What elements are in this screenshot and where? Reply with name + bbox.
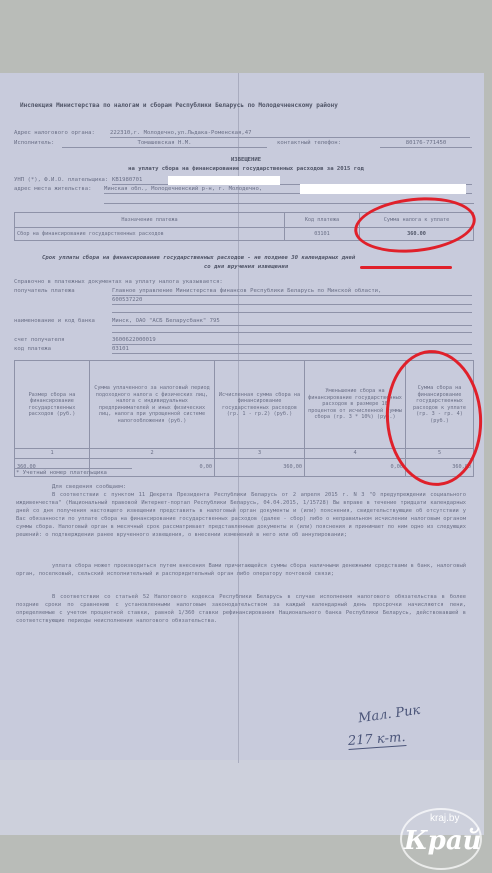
phone-value: 80176-771450 [380, 140, 472, 148]
footnote: * Учетный номер плательщика [16, 470, 107, 477]
info-paragraph-3: В соответствии со статьей 52 Налогового … [16, 594, 466, 626]
phone-label: контактный телефон: [277, 140, 341, 147]
payment-code-label: код платежа [14, 346, 51, 353]
address-label: Адрес налогового органа: [14, 130, 95, 137]
recipient-label: получатель платежа [14, 288, 75, 295]
code-cell: 03101 [285, 228, 360, 241]
bank-line [112, 332, 472, 333]
calc-header-2: Сумма уплаченного за налоговый период по… [90, 361, 215, 449]
recipient-value: Главное управление Министерства финансов… [112, 288, 472, 296]
col-number: 1 [15, 449, 90, 459]
red-underline-deadline [360, 266, 452, 269]
bank-label: наименование и код банка [14, 318, 95, 325]
calc-value-2: 0,00 [90, 458, 215, 476]
deadline-highlight: 30 календарных дней [291, 255, 355, 261]
unp-label: УНП (*), Ф.И.О. плательщика: [14, 177, 108, 184]
col-number: 2 [90, 449, 215, 459]
address-value: 222310,г. Молодечно,ул.Льдака-Роменская,… [110, 130, 470, 138]
account-value: 3600622000019 [112, 337, 472, 345]
footnote-rule [14, 468, 132, 469]
calc-header-3: Исчисленная сумма сбора на финансировани… [215, 361, 305, 449]
calc-value-4: 0,00 [305, 458, 406, 476]
deadline-line1: Срок уплаты сбора на финансирование госу… [42, 255, 355, 262]
recipient-line [112, 312, 472, 313]
requisites-intro: Справочно в платежных документах на упла… [14, 279, 223, 286]
bank-value: Минск, ОАО "АСБ Беларусбанк" 795 [112, 318, 472, 326]
watermark-logo: Край [404, 826, 482, 856]
notice-subtitle: на уплату сбора на финансирование госуда… [0, 166, 492, 173]
col-purpose-header: Назначение платежа [15, 213, 285, 228]
col-code-header: Код платежа [285, 213, 360, 228]
notice-title: ИЗВЕЩЕНИЕ [0, 157, 492, 164]
info-paragraph-2: уплата сбора может производиться путем в… [16, 563, 466, 579]
recipient-unp: 600537220 [112, 297, 472, 305]
watermark-url: kraj.by [430, 813, 459, 824]
purpose-cell: Сбор на финансирование государственных р… [15, 228, 285, 241]
executor-label: Исполнитель: [14, 140, 54, 147]
residence-label: адрес места жительства: [14, 186, 91, 193]
inspectorate-title: Инспекция Министерства по налогам и сбор… [20, 102, 338, 109]
col-number: 4 [305, 449, 406, 459]
redaction-name [168, 176, 280, 185]
calc-value-3: 360,00 [215, 458, 305, 476]
account-label: счет получателя [14, 337, 65, 344]
info-paragraph-1: В соответствии с пунктом 11 Декрета През… [16, 492, 466, 539]
col-number: 3 [215, 449, 305, 459]
info-heading: Для сведения сообщаем: [52, 484, 126, 491]
redaction-address [300, 184, 466, 194]
calc-header-1: Размер сбора на финансирование государст… [15, 361, 90, 449]
executor-value: Томашевская Н.М. [62, 140, 267, 148]
